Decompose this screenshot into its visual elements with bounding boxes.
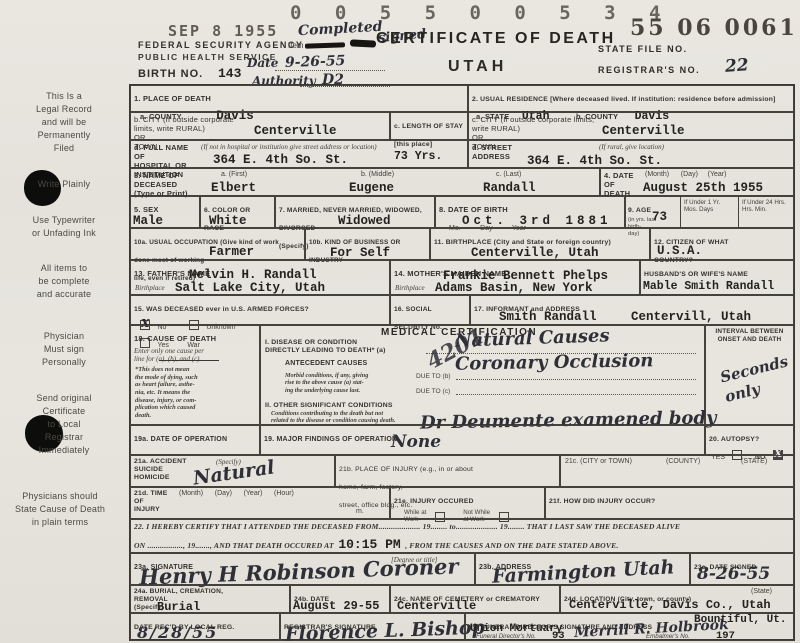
handwritten-address: Farmington Utah xyxy=(492,558,675,587)
margin-note-physician-sign: Physician Must sign Personally xyxy=(4,330,124,369)
field-date-of-death: 4. DATE OF DEATH (Month) (Day) (Year) Au… xyxy=(600,168,794,196)
spouse-name-value: Mable Smith Randall xyxy=(643,281,774,293)
margin-note-send-original: Send original Certificate to Local Regis… xyxy=(4,392,124,457)
field-burial-type: 24a. BURIAL, CREMATION, REMOVAL (Specify… xyxy=(130,585,290,613)
field-label: 2. USUAL RESIDENCE [Where deceased lived… xyxy=(472,96,776,103)
field-label: 19a. DATE OF OPERATION xyxy=(134,436,227,443)
certify-line2a: ON ................., 19......., AND THA… xyxy=(134,541,334,550)
date-received-stamp: SEP 8 1955 xyxy=(168,22,278,40)
field-injury-location: 21c. (CITY or TOWN) (COUNTY) (STATE) xyxy=(560,455,794,487)
field-injury-occurred: 21e. INJURY OCCURED While at Work Not Wh… xyxy=(390,487,545,519)
last-name-value: Randall xyxy=(483,182,536,195)
antecedent-label: ANTECEDENT CAUSES xyxy=(285,360,367,368)
state-file-number: 55 06 0061 xyxy=(630,15,798,41)
cause-instruction: Enter only one cause per line for (a), (… xyxy=(134,347,256,364)
antecedent-note: Morbid conditions, if any, giving rise t… xyxy=(285,372,368,394)
under-1yr-label: If Under 1 Yr. Mos. Days xyxy=(684,199,738,214)
middle-name-label: b. (Middle) xyxy=(361,171,394,179)
field-physician-signature: 23a. SIGNATURE [Degree or title] Henry H… xyxy=(130,553,475,585)
date-of-death-value: August 25th 1955 xyxy=(643,182,763,195)
date-columns: (Month) (Day) (Year) xyxy=(645,171,726,179)
mother-birthplace-value: Adams Basin, New York xyxy=(435,282,593,295)
field-residence-city: c. CITY (If outside corporate limits, wr… xyxy=(468,112,794,140)
field-spouse-name: HUSBAND'S OR WIFE'S NAME Mable Smith Ran… xyxy=(640,260,794,295)
field-label: 15. WAS DECEASED ever in U.S. ARMED FORC… xyxy=(134,306,309,313)
residence-address-value: 364 E. 4th So. St. xyxy=(527,155,662,168)
death-certificate-scan: This Is a Legal Record and will be Perma… xyxy=(0,0,800,643)
field-registrar-signature: REGISTRAR'S SIGNATURE Florence L. Bishop xyxy=(280,613,465,641)
other-conditions-label: II. OTHER SIGNIFICANT CONDITIONS xyxy=(265,402,393,410)
margin-note-legal-record: This Is a Legal Record and will be Perma… xyxy=(4,90,124,155)
field-certification-statement: 22. I HEREBY CERTIFY THAT I ATTENDED THE… xyxy=(130,519,794,553)
meridiem-label: m. xyxy=(356,508,364,516)
margin-note-plain-terms: Physicians should State Cause of Death i… xyxy=(0,490,120,529)
field-father-name: 13. FATHER'S NAME Melvin H. Randall Birt… xyxy=(130,260,390,295)
field-place-of-injury: 21b. PLACE OF INJURY (e.g., in or about … xyxy=(335,455,560,487)
form-title: CERTIFICATE OF DEATH xyxy=(376,30,616,48)
informant-name-value: Smith Randall xyxy=(499,311,597,324)
birthplace-value: Centerville, Utah xyxy=(471,247,599,260)
margin-note-write-plainly: Write Plainly xyxy=(4,178,124,191)
race-value: White xyxy=(209,215,247,228)
handwritten-findings: None xyxy=(391,434,441,451)
citizen-value: U.S.A. xyxy=(657,245,702,258)
field-cemetery: 24c. NAME OF CEMETERY or CREMATORY Cente… xyxy=(390,585,560,613)
handwritten-cause-b: Coronary Occlusion xyxy=(455,352,654,373)
field-birthplace: 11. BIRTHPLACE (City and State or foreig… xyxy=(430,228,650,260)
note-divider xyxy=(159,360,219,361)
birth-no-value: 143 xyxy=(218,67,241,80)
under-24hr-label: If Under 24 Hrs. Hrs. Min. xyxy=(742,199,794,214)
ink-scribble xyxy=(350,39,376,47)
field-informant: 17. INFORMANT and ADDRESS Smith Randall … xyxy=(470,295,794,325)
field-usual-residence: 2. USUAL RESIDENCE [Where deceased lived… xyxy=(468,85,794,112)
field-armed-forces: 15. WAS DECEASED ever in U.S. ARMED FORC… xyxy=(130,295,390,325)
birthplace-label: Birthplace xyxy=(395,284,425,292)
field-social-security: 16. SOCIAL SECURITY No. xyxy=(390,295,470,325)
field-cause-of-death-notes: 18. CAUSE OF DEATH Enter only one cause … xyxy=(130,325,260,425)
state-label: (STATE) xyxy=(741,458,767,466)
field-label: 11. BIRTHPLACE (City and State or foreig… xyxy=(434,239,611,246)
cause-footnote: *This does not mean the mode of dying, s… xyxy=(135,366,198,420)
city-or-town-label: 21c. (CITY or TOWN) xyxy=(565,458,632,466)
field-citizen: 12. CITIZEN OF WHAT COUNTRY? U.S.A. xyxy=(650,228,794,260)
field-note: (If rural, give location) xyxy=(599,143,664,151)
funeral-director-no-label: Funeral Director's No. xyxy=(476,633,536,640)
field-street-address: d. STREET ADDRESS (If rural, give locati… xyxy=(468,140,794,168)
field-label: 1. PLACE OF DEATH xyxy=(134,94,211,103)
field-label: 21e. INJURY OCCURED xyxy=(394,498,474,505)
age-subcell: 9. AGE (in yrs. last birth- day) 73 xyxy=(626,197,681,229)
field-length-of-stay: c. LENGTH OF STAY [this place] 73 Yrs. xyxy=(390,112,468,140)
field-time-of-injury: 21d. TIME OF INJURY (Month) (Day) (Year)… xyxy=(130,487,390,519)
field-major-findings: 19. MAJOR FINDINGS OF OPERATION None xyxy=(260,425,705,455)
age-divider xyxy=(738,197,739,229)
last-name-label: c. (Last) xyxy=(496,171,521,179)
field-physician-address: 23b. ADDRESS Farmington Utah xyxy=(475,553,690,585)
cemetery-value: Centerville xyxy=(397,600,476,612)
field-date-signed: 23c. DATE SIGNED 8-26-55 xyxy=(690,553,794,585)
registrar-no-value: 22 xyxy=(724,57,749,76)
field-label: INTERVAL BETWEEN ONSET AND DEATH xyxy=(709,328,790,343)
certify-line2b: , FROM THE CAUSES AND ON THE DATE STATED… xyxy=(405,541,618,550)
handwritten-date-received: 8/28/55 xyxy=(137,625,218,641)
field-accident-suicide: 21a. ACCIDENT SUICIDE HOMICIDE (Specify)… xyxy=(130,455,335,487)
ink-scribble xyxy=(305,42,345,48)
state-file-label: STATE FILE NO. xyxy=(598,44,688,54)
dotted-line xyxy=(275,70,385,71)
state-sub-label: (State) xyxy=(751,588,772,596)
due-to-c-label: DUE TO (c) xyxy=(416,388,450,396)
field-business: 10b. KIND OF BUSINESS OR INDUSTRY For Se… xyxy=(305,228,430,260)
funeral-director-no-value: 93 xyxy=(552,631,565,642)
informant-address-value: Centervill, Utah xyxy=(631,311,751,324)
death-address-value: 364 E. 4th So. St. xyxy=(213,154,348,167)
field-how-injury-occurred: 21f. HOW DID INJURY OCCUR? xyxy=(545,487,794,519)
embalmer-no-value: 197 xyxy=(716,631,735,642)
embalmer-no-label: Embalmer's No. xyxy=(646,633,690,640)
field-label: 21d. TIME OF INJURY xyxy=(134,490,168,514)
dob-value: Oct. 3rd 1881 xyxy=(462,215,612,228)
handwritten-signature: Henry H Robinson Coroner xyxy=(139,555,459,587)
field-occupation: 10a. USUAL OCCUPATION (Give kind of work… xyxy=(130,228,305,260)
field-label: 19. MAJOR FINDINGS OF OPERATION xyxy=(264,436,397,443)
field-mother-name: 14. MOTHER'S MAIDEN NAME Frankie Bennett… xyxy=(390,260,640,295)
burial-value: Burial xyxy=(157,601,200,613)
field-label: 9. AGE xyxy=(628,207,651,214)
state-name: UTAH xyxy=(448,58,507,76)
handwritten-date-label: Date xyxy=(247,57,278,69)
handwritten-date-signed: 8-26-55 xyxy=(697,566,770,583)
certify-line1: 22. I HEREBY CERTIFY THAT I ATTENDED THE… xyxy=(134,522,790,531)
disease-label: I. DISEASE OR CONDITION DIRECTLY LEADING… xyxy=(265,339,386,355)
agency-name: FEDERAL SECURITY AGENCY xyxy=(138,40,303,50)
field-label: 3. NAME OF DECEASED (Type or Print) xyxy=(134,171,196,198)
field-age: 9. AGE (in yrs. last birth- day) 73 If U… xyxy=(625,196,794,228)
first-name-label: a. (First) xyxy=(221,171,247,179)
birth-no-label: BIRTH NO. xyxy=(138,68,203,80)
handwritten-natural: Natural xyxy=(192,458,276,488)
field-note: (If not in hospital or institution give … xyxy=(201,143,377,151)
time-columns: (Month) (Day) (Year) (Hour) xyxy=(179,490,294,498)
field-label: 8. DATE OF BIRTH xyxy=(439,205,508,214)
field-label: 18. CAUSE OF DEATH xyxy=(134,334,216,343)
cemetery-location-value: Centerville, Davis Co., Utah xyxy=(569,599,771,611)
field-city-of-death: b. CITY (If outside corporate limits, wr… xyxy=(130,112,390,140)
occupation-value: Farmer xyxy=(209,246,254,259)
age-value: 73 xyxy=(652,211,667,224)
dotted-line-c xyxy=(456,394,696,395)
father-birthplace-value: Salt Lake City, Utah xyxy=(175,282,325,295)
residence-city-value: Centerville xyxy=(602,125,685,138)
margin-note-complete: All items to be complete and accurate xyxy=(4,262,124,301)
field-name-of-deceased: 3. NAME OF DECEASED (Type or Print) a. (… xyxy=(130,168,600,196)
field-label: 21f. HOW DID INJURY OCCUR? xyxy=(549,498,655,505)
time-of-death-value: 10:15 PM xyxy=(338,537,400,552)
field-label: 20. AUTOPSY? xyxy=(709,436,759,443)
sex-value: Male xyxy=(133,215,163,228)
field-label: 4. DATE OF DEATH xyxy=(604,171,638,198)
county-label: (COUNTY) xyxy=(666,458,700,466)
marital-value: Widowed xyxy=(338,215,391,228)
due-to-b-label: DUE TO (b) xyxy=(416,373,451,381)
field-sex: 5. SEX Male xyxy=(130,196,200,228)
field-date-of-birth: 8. DATE OF BIRTH Mo. Day Year Oct. 3rd 1… xyxy=(435,196,625,228)
field-marital-status: 7. MARRIED, NEVER MARRIED, WIDOWED, DIVO… xyxy=(275,196,435,228)
field-hospital-name: d. FULL NAME OF HOSPITAL OR INSTITUTION … xyxy=(130,140,468,168)
field-label: HUSBAND'S OR WIFE'S NAME xyxy=(644,271,748,278)
field-burial-date: 24b. DATE August 29-55 xyxy=(290,585,390,613)
birthplace-label: Birthplace xyxy=(135,284,165,292)
field-autopsy: 20. AUTOPSY? YES NO X xyxy=(705,425,794,455)
burial-date-value: August 29-55 xyxy=(293,600,379,612)
margin-note-typewriter: Use Typewriter or Unfading Ink xyxy=(4,214,124,240)
father-name-value: Melvin H. Randall xyxy=(189,269,317,282)
field-label: 21a. ACCIDENT SUICIDE HOMICIDE xyxy=(134,458,187,482)
handwritten-date-value: 9-26-55 xyxy=(285,54,346,70)
field-funeral-director: 25. FUNERAL DIRECTOR'S SIGNATURE AND ADD… xyxy=(465,613,794,641)
dotted-line-b xyxy=(456,379,696,380)
field-cemetery-location: 24d. LOCATION (City, town, or county) (S… xyxy=(560,585,794,613)
business-value: For Self xyxy=(330,247,390,260)
first-name-value: Elbert xyxy=(211,182,256,195)
field-label: d. STREET ADDRESS xyxy=(472,143,528,161)
other-conditions-note: Conditions contributing to the death but… xyxy=(271,410,395,425)
registrar-no-label: REGISTRAR'S NO. xyxy=(598,65,700,75)
field-date-of-operation: 19a. DATE OF OPERATION xyxy=(130,425,260,455)
handwritten-registrar-signature: Florence L. Bishop xyxy=(285,619,485,643)
middle-name-value: Eugene xyxy=(349,182,394,195)
field-color-or-race: 6. COLOR OR RACE White xyxy=(200,196,275,228)
item-label: Item xyxy=(288,41,304,50)
handwritten-completed: Completed xyxy=(298,20,383,38)
field-date-received: DATE REC'D BY LOCAL REG. 8/28/55 xyxy=(130,613,280,641)
city-value: Centerville xyxy=(254,125,337,138)
field-label: 5. SEX xyxy=(134,205,159,214)
field-place-of-death-county: 1. PLACE OF DEATH a. COUNTY Davis xyxy=(130,85,468,112)
